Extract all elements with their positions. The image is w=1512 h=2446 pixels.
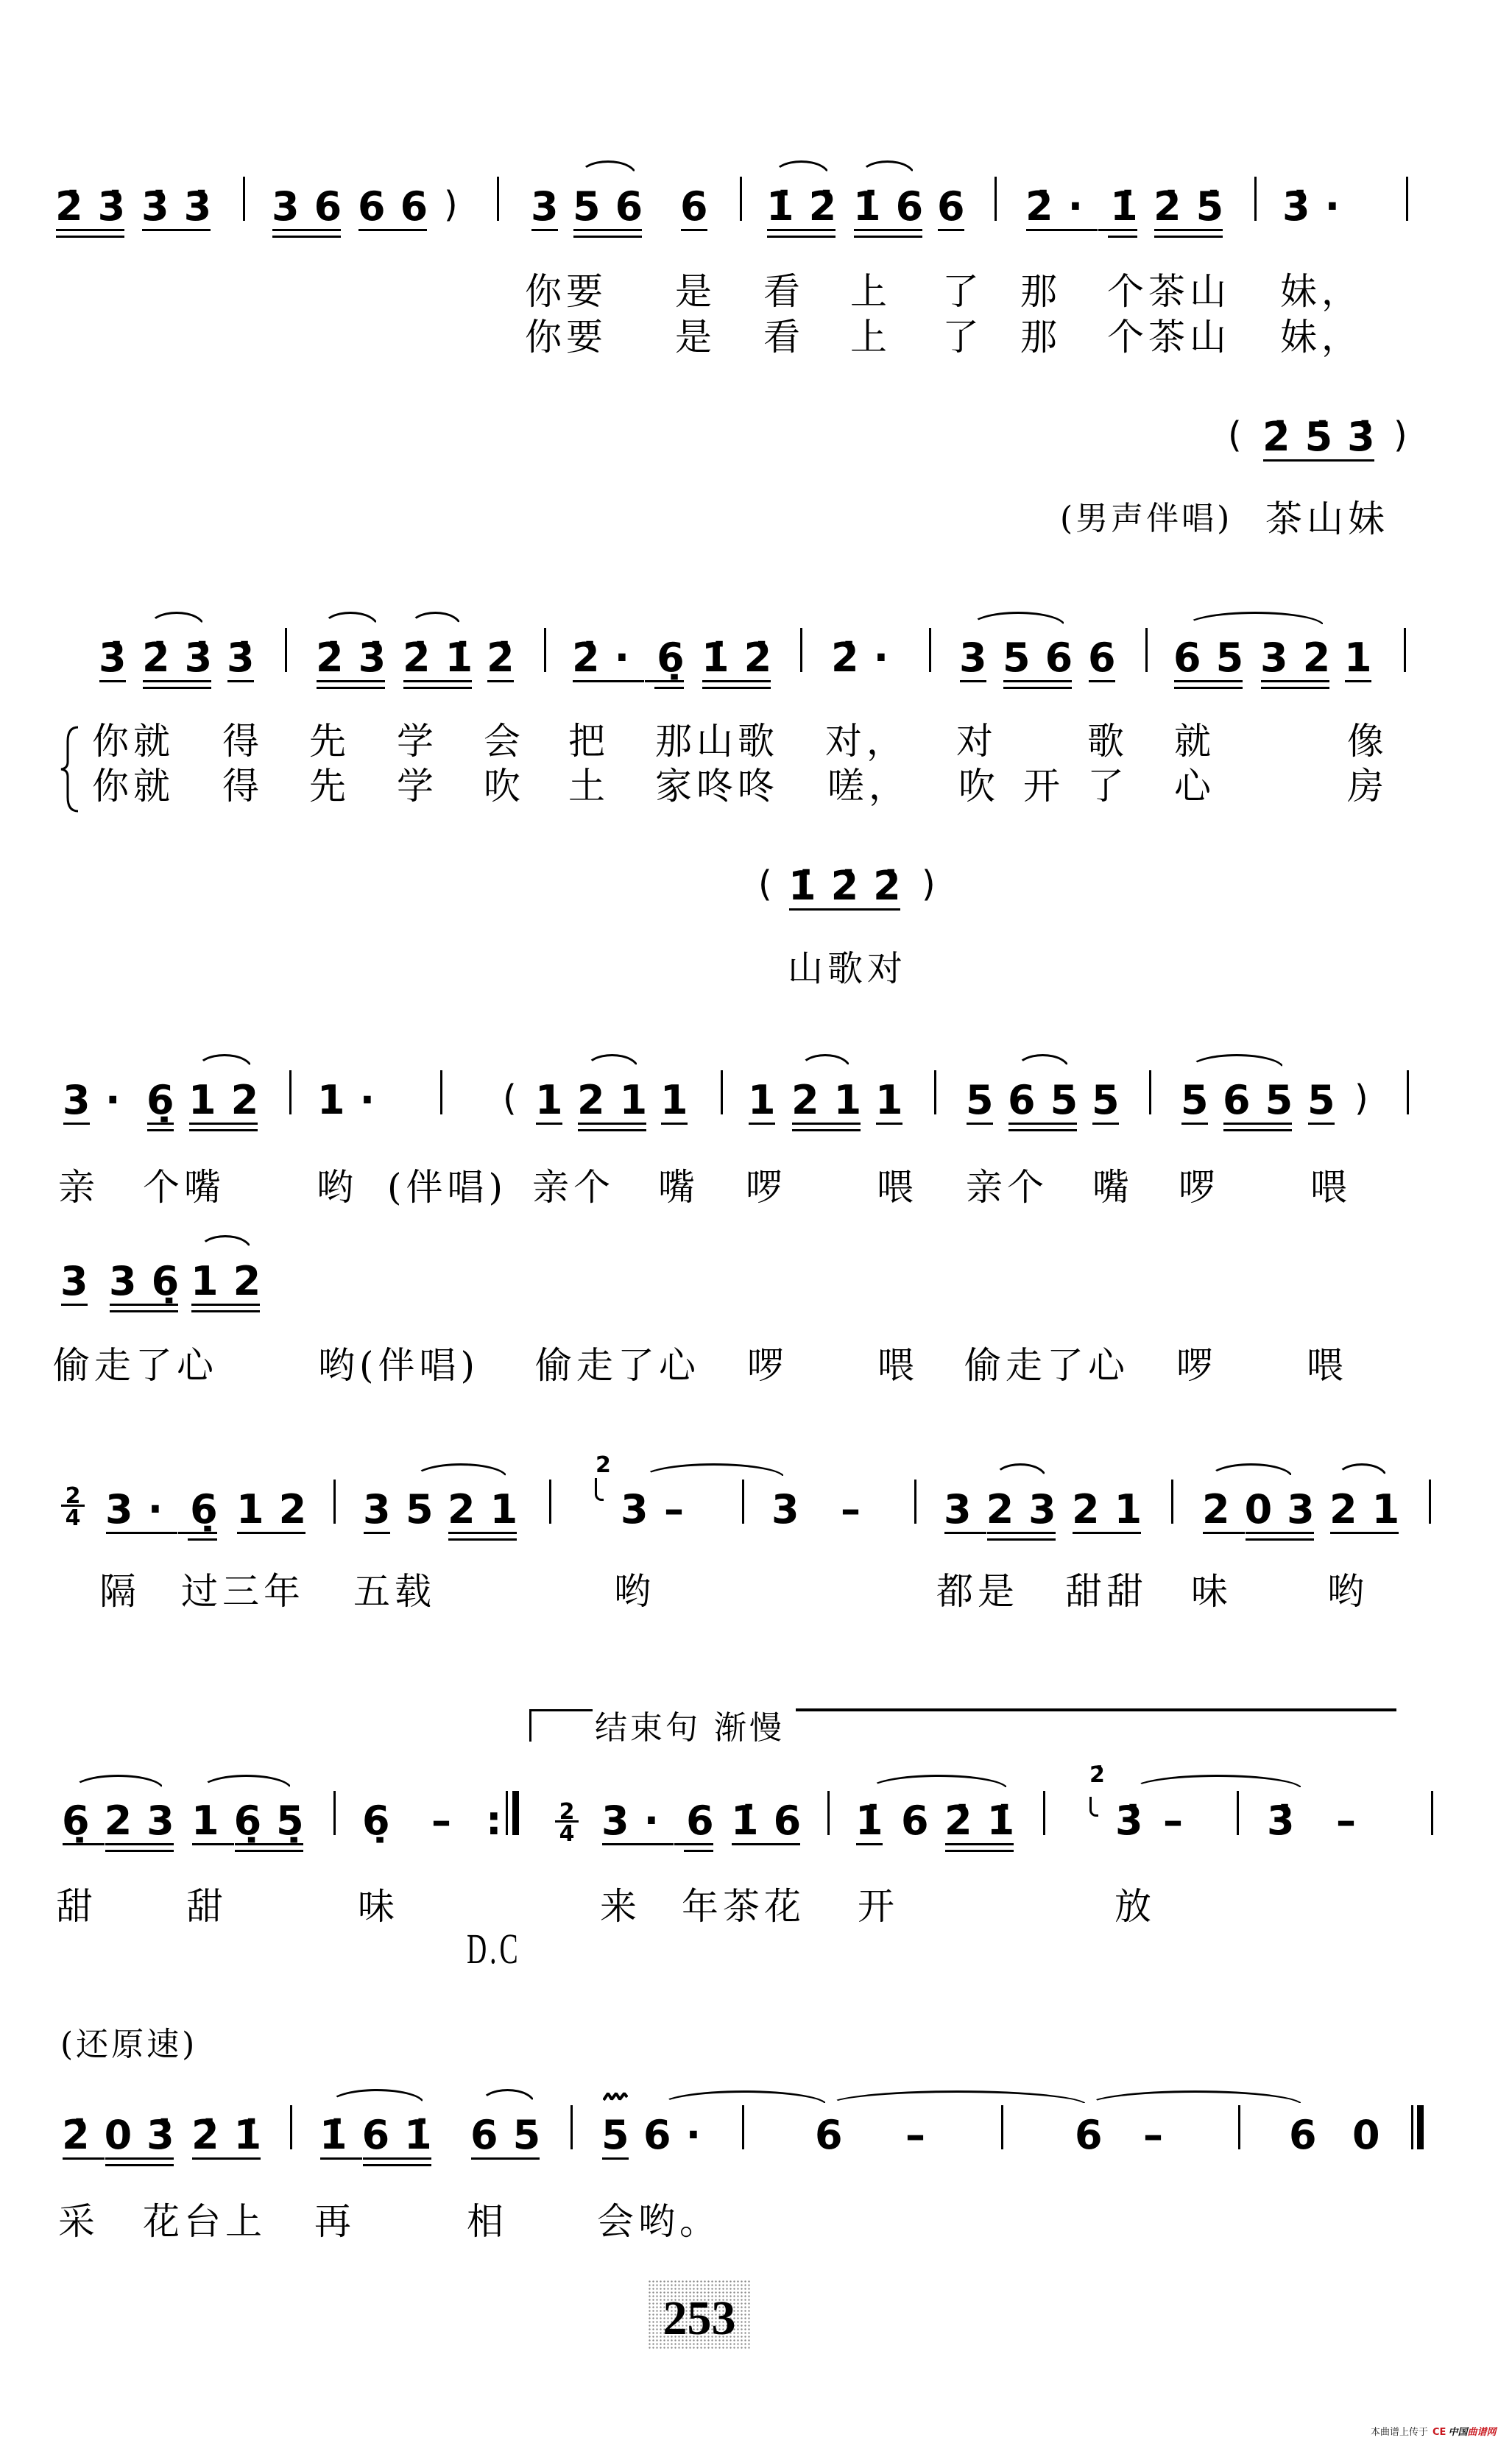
notes: 6 [680, 187, 723, 227]
notes: 2̇· [572, 638, 644, 678]
notes: 6̣ [177, 1490, 233, 1530]
notes: 36 [272, 187, 356, 227]
time-signature-numerator: 2 [58, 1485, 88, 1505]
note-group: 5 [1181, 1081, 1223, 1120]
lyric: 都是 [936, 1573, 1019, 1610]
slur [1016, 1054, 1070, 1069]
lyric: 偷走了心 [53, 1347, 218, 1384]
note-group: 1 [535, 1081, 578, 1120]
barline [289, 1070, 292, 1114]
notes: 5 [406, 1490, 448, 1530]
notes: 3 [621, 1490, 663, 1530]
barline [243, 177, 245, 221]
note-group: 21 [1072, 1490, 1156, 1530]
notes: 1̇ [855, 1801, 898, 1841]
barline [1429, 1480, 1431, 1524]
barline [1043, 1791, 1045, 1835]
slur [799, 1054, 851, 1069]
note-group: 3 [771, 1490, 814, 1530]
notes: 3 [531, 187, 573, 227]
lyric: 你就 [92, 723, 174, 760]
note-group: 3 [959, 638, 1002, 678]
slur [149, 612, 205, 626]
lyric: 嘴 [1092, 1169, 1134, 1206]
lyric: 对 [956, 723, 997, 760]
note-group: 3̇ [1115, 1801, 1158, 1841]
note-group: 21 [577, 1081, 662, 1120]
lyric: 哟 [317, 1169, 358, 1206]
note-group: – [841, 1490, 875, 1530]
slur [579, 160, 637, 175]
note-group: 5 [966, 1081, 1008, 1120]
note-group: 6̣23 [62, 1801, 189, 1841]
lyrics-line: 隔 过三年 五载 哟 都是 甜甜 味 哟 [0, 1573, 1512, 1611]
barline [549, 1480, 551, 1524]
lyric: 味 [358, 1888, 399, 1925]
lyric: 会哟。 [597, 2203, 721, 2240]
tie [1132, 1775, 1303, 1789]
ending-bracket-top [529, 1709, 593, 1711]
barline [929, 628, 931, 672]
staff-row-4: 3 36̣ 12 [0, 1262, 1512, 1306]
notes: 12 [191, 1262, 275, 1301]
close-paren: ) [1354, 1081, 1368, 1116]
close-paren: ) [444, 187, 458, 222]
notes: 23 [986, 1490, 1071, 1530]
notes: 2̇3̇ [55, 187, 140, 227]
lyric: 喂 [877, 1347, 919, 1384]
grace-note: 2 [596, 1454, 611, 1477]
open-paren: ( [1228, 417, 1242, 453]
barline [1145, 628, 1148, 672]
note-group: 6 [815, 2115, 858, 2155]
note-group: 2̇3̇ [55, 187, 140, 227]
lyric: 你要 [525, 319, 607, 356]
notes: 3̇ [99, 638, 141, 678]
notes: 6 [937, 187, 980, 227]
note-group: 36̣ [109, 1262, 194, 1301]
note-group: 2̇5̇ [1154, 187, 1238, 227]
lyric: 嗟， [827, 768, 910, 805]
lyric: 啰 [747, 1347, 788, 1384]
notes: 2̇1̇ [191, 2115, 276, 2155]
lyric: (伴唱) [387, 1169, 507, 1206]
lyric: 甜甜 [1065, 1573, 1148, 1610]
time-signature: 2 4 [552, 1801, 582, 1845]
lyric: 了 [942, 319, 983, 356]
grace-hook-icon [595, 1478, 604, 1501]
tie [1087, 2090, 1303, 2105]
open-paren: ( [503, 1081, 517, 1116]
note-group: – [1163, 1801, 1198, 1841]
notes: 3 [63, 1081, 105, 1120]
lyric: 妹， [1280, 319, 1363, 356]
lyrics-line: 你要 是 看 上 了 那 个茶山 妹， [0, 319, 1512, 357]
barline [333, 1480, 336, 1524]
notes: · [105, 1081, 135, 1120]
barline [1406, 177, 1408, 221]
slur [200, 1775, 292, 1789]
notes: 21 [1072, 1490, 1156, 1530]
lyric: 看 [763, 273, 805, 310]
note-group: 1̇6 [853, 187, 938, 227]
slur [72, 1775, 164, 1789]
notes: 6̣ [362, 1801, 405, 1841]
notes: 6̣5̣ [234, 1801, 319, 1841]
notes: 3̇ [1115, 1801, 1158, 1841]
barline [1238, 2105, 1240, 2149]
lyric: 喂 [1307, 1347, 1348, 1384]
lyric: 对， [825, 723, 908, 760]
staff-row-2: 3̇ 2̇3̇ 3̇ 2̇3̇ 2̇1̇ 2̇ 2̇·6̣ 1̇2̇ 2̇· 3… [0, 638, 1512, 682]
notes: 65 [1173, 638, 1258, 678]
time-signature-denominator: 4 [58, 1507, 88, 1530]
lyric: 再 [314, 2203, 356, 2240]
notes: 2̇1̇ [403, 638, 487, 678]
slur [1185, 612, 1325, 626]
notes: 66 [358, 187, 442, 227]
lyric: 是 [675, 319, 716, 356]
note-group: 66 [358, 187, 442, 227]
tie [642, 1463, 785, 1478]
notes: 1̇6 [731, 1801, 816, 1841]
da-capo-mark: D.C [467, 1928, 521, 1970]
barline [333, 1791, 336, 1835]
note-group: 6· [643, 2115, 716, 2155]
repeat-dots: : [486, 1801, 502, 1841]
barline [740, 177, 742, 221]
lyric: 个嘴 [143, 1169, 225, 1206]
grace-hook-icon [1089, 1797, 1098, 1817]
mordent-icon [603, 2091, 628, 2103]
lyric: 会 [484, 723, 525, 760]
ending-bracket-line [796, 1708, 1396, 1711]
note-group: 1· [317, 1081, 389, 1120]
note-group: 1 [660, 1081, 703, 1120]
notes: 03 [1245, 1490, 1329, 1530]
lyrics-line: 亲 个嘴 哟 (伴唱) 亲个 嘴 啰 喂 亲个 嘴 啰 喂 [0, 1169, 1512, 1207]
notes: 36̣ [109, 1262, 194, 1301]
notes: 3 [944, 1490, 986, 1530]
barline [290, 2105, 292, 2149]
note-group: 6 [1075, 2115, 1117, 2155]
note-group: – [1143, 2115, 1178, 2155]
lyric: 先 [309, 768, 350, 805]
note-group: 12 [236, 1490, 321, 1530]
note-group: – [905, 2115, 940, 2155]
notes: 5 [966, 1081, 1008, 1120]
lyric: 那 [1020, 319, 1061, 356]
notes: – [664, 1490, 699, 1530]
tie [827, 2090, 1087, 2105]
lyric: 那 [1020, 273, 1061, 310]
slur [869, 1775, 1008, 1789]
notes: 5 [1092, 1081, 1134, 1120]
note-group: 5 [601, 2115, 644, 2155]
page-number-box: 253 [648, 2280, 751, 2350]
barline [995, 177, 997, 221]
lyric: 隔 [99, 1573, 141, 1610]
site-name-black: 中国 [1448, 2427, 1467, 2438]
note-group: 3̇ [227, 638, 269, 678]
notes: 1̇6 [853, 187, 938, 227]
barline [497, 177, 499, 221]
lyric: 是 [675, 273, 716, 310]
notes: 2̇5̇3̇ [1262, 417, 1390, 457]
note-group: 2̇1̇ [944, 1801, 1029, 1841]
ending-bracket-vertical [529, 1709, 531, 1742]
lyric: 来 [600, 1888, 641, 1925]
barline [1431, 1791, 1433, 1835]
repeat-barline-thin [506, 1791, 508, 1835]
open-paren: ( [758, 866, 772, 902]
note-group: 12 [191, 1262, 275, 1301]
lyric: 采 [58, 2203, 99, 2240]
lyric: 开 [858, 1888, 899, 1925]
note-group: 2̇3̇ [316, 638, 400, 678]
notes: 21 [448, 1490, 532, 1530]
lyric: 啰 [1179, 1169, 1220, 1206]
lyric: 房 [1347, 768, 1388, 805]
lyrics-line: 你就 得 先 学 吹 土 家咚咚 嗟， 吹 开 了 心 房 [0, 768, 1512, 806]
note-group: 21 [448, 1490, 532, 1530]
notes: 1̇ [319, 2115, 362, 2155]
notes: 12 [188, 1081, 273, 1120]
note-group: 1̇2̇ [766, 187, 851, 227]
notes: – [905, 2115, 940, 2155]
notes: 1̇2̇ [766, 187, 851, 227]
lyric: 偷走了心 [964, 1347, 1129, 1384]
note-group: 6 [1088, 638, 1131, 678]
notes: 6 [1289, 2115, 1332, 2155]
note-group: 56 [1003, 638, 1087, 678]
note-group: 1̇ [855, 1801, 898, 1841]
grace-note: 2̇ [1089, 1764, 1105, 1786]
note-group: 1 [875, 1081, 918, 1120]
note-group: – [431, 1801, 466, 1841]
lyric: 那山歌 [655, 723, 779, 760]
notes: 3 [959, 638, 1002, 678]
slur [773, 160, 830, 175]
notes: – [1336, 1801, 1371, 1841]
notes: 1 [660, 1081, 703, 1120]
barline [742, 1480, 744, 1524]
notes: – [1163, 1801, 1198, 1841]
barline [1407, 1070, 1409, 1114]
time-signature-numerator: 2 [552, 1801, 582, 1820]
notes: 3̇ [1267, 1801, 1310, 1841]
lyric: 个茶山 [1107, 319, 1231, 356]
lyric: 上 [850, 319, 891, 356]
notes: 65 [470, 2115, 555, 2155]
lyric: 得 [222, 723, 264, 760]
barline [544, 628, 546, 672]
slur [1189, 1054, 1285, 1069]
staff-row-1: 2̇3̇ 3̇3̇ 36 66 ) 3 56 6 1̇2̇ 1̇6 6 2̇·1… [0, 187, 1512, 231]
note-group: 5 [1307, 1081, 1350, 1120]
barline [440, 1070, 442, 1114]
note-group: 65 [1173, 638, 1258, 678]
notes: 3̇· [1282, 187, 1354, 227]
notes: 2̇· [1025, 187, 1098, 227]
lyric: 你要 [525, 273, 607, 310]
note-group: 1̇2̇ [702, 638, 786, 678]
lyric: 甜 [56, 1888, 97, 1925]
notes: 1· [317, 1081, 389, 1120]
note-group: 2̇5̇3̇ [1262, 417, 1390, 457]
slur [1209, 1463, 1293, 1478]
time-signature-denominator: 4 [552, 1823, 582, 1845]
note-group: 36 [272, 187, 356, 227]
watermark-text: 本曲谱上传于 [1371, 2427, 1428, 2438]
note-group: 3̇ [99, 638, 141, 678]
note-group: 5 [1092, 1081, 1134, 1120]
slur [994, 1463, 1047, 1478]
note-group: 65 [470, 2115, 555, 2155]
note-group: 2̇1̇ [403, 638, 487, 678]
note-group: 6 [901, 1801, 944, 1841]
slur [329, 2089, 425, 2104]
lyric: 土 [568, 768, 610, 805]
chorus-lyric: 山歌对 [788, 951, 907, 986]
chorus-response: ( 1̇2̇2̇ ) [0, 866, 1512, 911]
lyric: 家咚咚 [655, 768, 779, 805]
note-group: 2̇ [487, 638, 529, 678]
barline [800, 628, 802, 672]
notes: 1 [748, 1081, 791, 1120]
time-signature: 2 4 [58, 1485, 88, 1530]
lyric: 喂 [1310, 1169, 1352, 1206]
final-barline-thick [1417, 2105, 1424, 2149]
slur [860, 160, 915, 175]
lyric: 吹 [484, 768, 525, 805]
tempo-mark: (还原速) [60, 2029, 197, 2061]
lyric: 像 [1347, 723, 1388, 760]
page-number: 253 [648, 2294, 751, 2343]
watermark: 本曲谱上传于CE中国曲谱网 [1371, 2428, 1496, 2437]
lyric: 歌 [1087, 723, 1128, 760]
barline [934, 1070, 936, 1114]
lyric: 个茶山 [1107, 273, 1231, 310]
lyric: 哟(伴唱) [318, 1347, 479, 1384]
note-group: 32 [1260, 638, 1345, 678]
notes: 6̣ [62, 1801, 105, 1841]
ending-label: 结束句 渐慢 [595, 1712, 785, 1745]
notes: 6̣ [146, 1081, 189, 1120]
notes: 56 [1003, 638, 1087, 678]
notes: 03̇ [105, 2115, 189, 2155]
notes: 21 [577, 1081, 662, 1120]
note-group: 12 [188, 1081, 273, 1120]
note-group: 65 [1223, 1081, 1307, 1120]
note-group: 1̇61̇ [319, 2115, 447, 2155]
notes: 1 [1344, 638, 1387, 678]
barline [1001, 2105, 1003, 2149]
note-group: 16̣5̣ [191, 1801, 319, 1841]
note-group: 0 [1352, 2115, 1395, 2155]
repeat-barline-thick [512, 1791, 519, 1835]
lyric: 你就 [92, 768, 174, 805]
note-group: 1 [748, 1081, 791, 1120]
close-paren: ) [1393, 417, 1407, 453]
lyric: 相 [467, 2203, 508, 2240]
lyric: 过三年 [181, 1573, 305, 1610]
close-paren: ) [922, 866, 936, 902]
lyric: 花台上 [143, 2203, 266, 2240]
notes: 0 [1352, 2115, 1395, 2155]
barline [1404, 628, 1406, 672]
notes: 32 [1260, 638, 1345, 678]
slur [480, 2089, 535, 2104]
lyrics-line: 你就 得 先 学 会 把 那山歌 对， 对 歌 就 像 [0, 723, 1512, 761]
slur [1336, 1463, 1388, 1478]
barline [285, 628, 287, 672]
slur [199, 1235, 252, 1250]
note-group: 1 [1344, 638, 1387, 678]
notes: 5 [601, 2115, 644, 2155]
note-group: 2̇03̇ [62, 2115, 189, 2155]
notes: 5 [1181, 1081, 1223, 1120]
staff-row-7: 2̇03̇ 2̇1̇ 1̇61̇ 65 5 6· 6 – 6 – [0, 2115, 1512, 2160]
note-group: 3 [531, 187, 573, 227]
notes: 6 [674, 1801, 729, 1841]
lyric: 妹， [1280, 273, 1363, 310]
notes: 6 [815, 2115, 858, 2155]
note-group: 1̇6 [731, 1801, 816, 1841]
slur [414, 1463, 508, 1478]
note-group: 56 [573, 187, 657, 227]
notes: 3̇3̇ [141, 187, 226, 227]
note-group: 2̇· [831, 638, 903, 678]
lyric: 学 [397, 723, 438, 760]
staff-row-5: 2 4 3·6̣ 12 3 5 21 2 3 – 3 – 3 [0, 1490, 1512, 1534]
notes: 6 [901, 1801, 944, 1841]
lyric: 嘴 [658, 1169, 699, 1206]
notes: 6 [1088, 638, 1131, 678]
notes: 21 [791, 1081, 876, 1120]
slur [409, 612, 462, 626]
notes: 21 [1329, 1490, 1414, 1530]
note-group: 3̇ [1267, 1801, 1310, 1841]
lyric: 得 [222, 768, 264, 805]
male-chorus-label: (男声伴唱) [1060, 503, 1232, 535]
note-group: 3·6 [601, 1801, 729, 1841]
notes: 5 [1307, 1081, 1350, 1120]
note-group: 65 [1008, 1081, 1092, 1120]
notes: – [431, 1801, 466, 1841]
barline [1237, 1791, 1239, 1835]
lyrics-line: 你要 是 看 上 了 那 个茶山 妹， [0, 273, 1512, 311]
notes: 6· [643, 2115, 716, 2155]
notes: 1 [191, 1801, 234, 1841]
notes: 56 [573, 187, 657, 227]
notes: 2̇5̇ [1154, 187, 1238, 227]
slur [970, 612, 1066, 626]
lyric: 就 [1174, 723, 1215, 760]
note-group: 2̇·1̇ [1025, 187, 1153, 227]
lyric: 五载 [353, 1573, 436, 1610]
staff-row-6: 6̣23 16̣5̣ 6̣ – : 2 4 3·6 1̇6 1̇ 6 2̇1̇ [0, 1801, 1512, 1845]
lyric: 味 [1191, 1573, 1232, 1610]
notes: 23 [105, 1801, 189, 1841]
score-page: 2̇3̇ 3̇3̇ 36 66 ) 3 56 6 1̇2̇ 1̇6 6 2̇·1… [0, 0, 1512, 2446]
lyric: 喂 [877, 1169, 918, 1206]
barline [827, 1791, 830, 1835]
chorus-lyric: 茶山妹 [1265, 501, 1389, 537]
note-group: 3 [363, 1490, 406, 1530]
notes: 6̣ [644, 638, 699, 678]
note-group: 6 [1289, 2115, 1332, 2155]
